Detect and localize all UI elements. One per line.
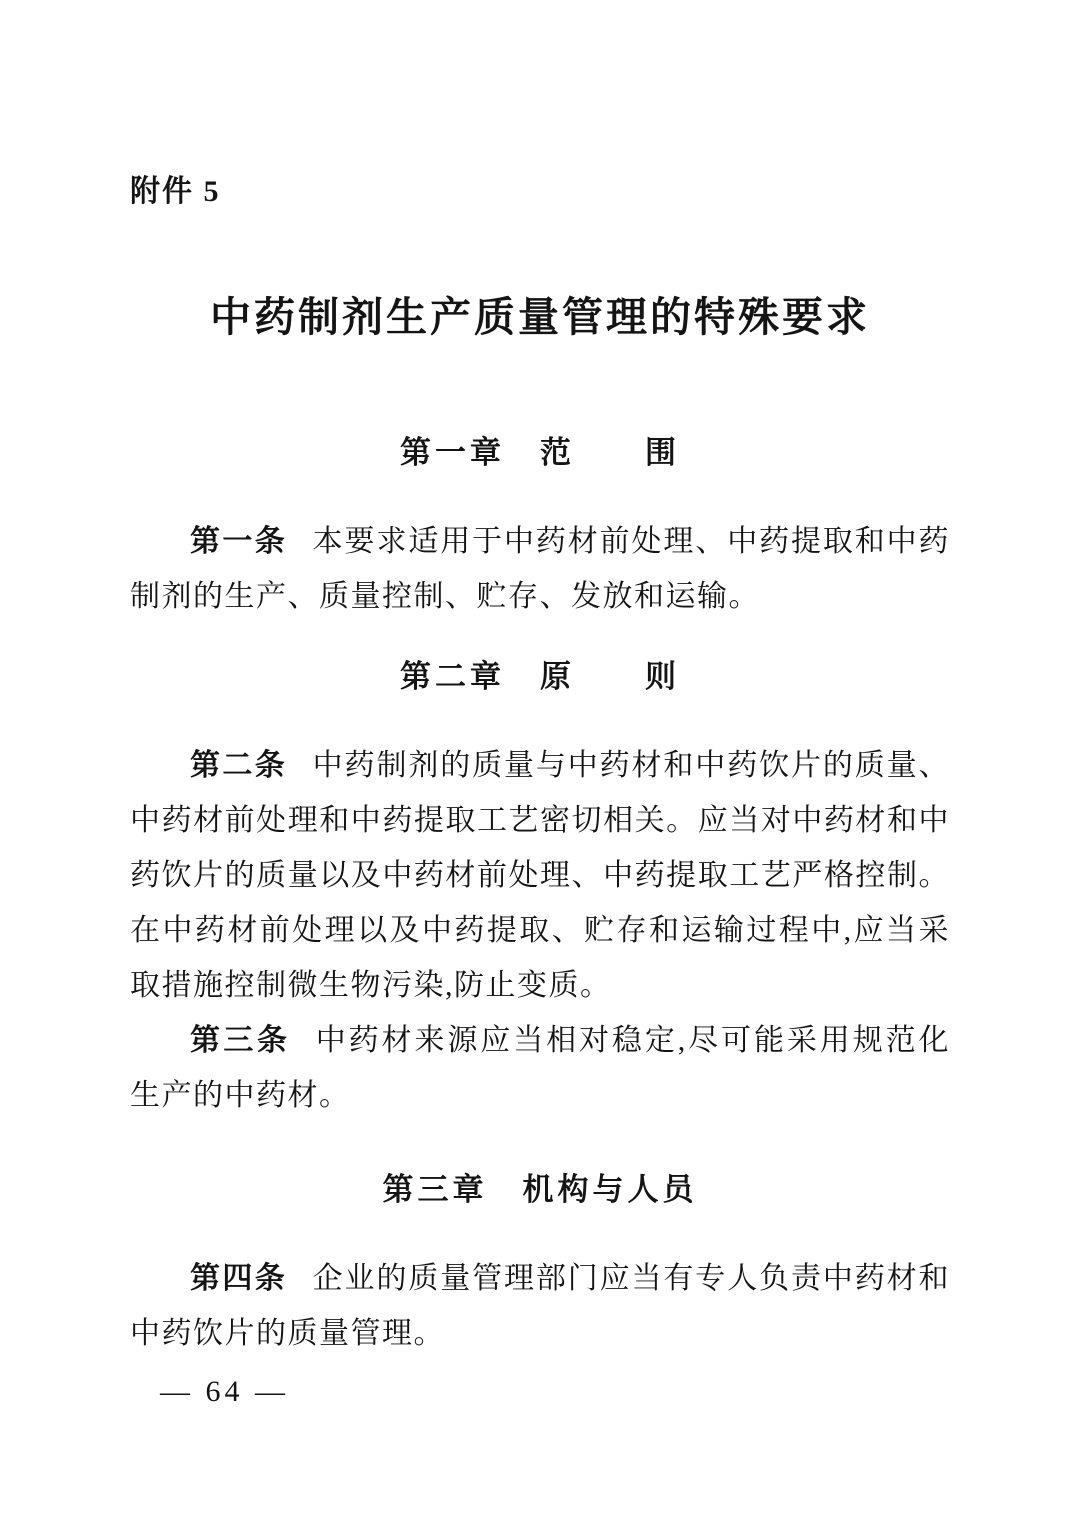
- article-paragraph-1: 第一条本要求适用于中药材前处理、中药提取和中药制剂的生产、质量控制、贮存、发放和…: [130, 514, 950, 624]
- chapter-heading-1: 第一章 范 围: [130, 432, 950, 474]
- article-label-3: 第三条: [190, 1024, 290, 1057]
- article-paragraph-3: 第三条中药材来源应当相对稳定,尽可能采用规范化生产的中药材。: [130, 1013, 950, 1123]
- article-paragraph-4: 第四条企业的质量管理部门应当有专人负责中药材和中药饮片的质量管理。: [130, 1251, 950, 1361]
- page-number: — 64 —: [160, 1372, 289, 1412]
- article-label-1: 第一条: [190, 525, 287, 558]
- chapter-heading-3: 第三章 机构与人员: [130, 1169, 950, 1211]
- article-text-2: 中药制剂的质量与中药材和中药饮片的质量、中药材前处理和中药提取工艺密切相关。应当…: [130, 749, 950, 1002]
- article-label-4: 第四条: [190, 1262, 287, 1295]
- article-paragraph-2: 第二条中药制剂的质量与中药材和中药饮片的质量、中药材前处理和中药提取工艺密切相关…: [130, 738, 950, 1013]
- document-content: 附件 5 中药制剂生产质量管理的特殊要求 第一章 范 围 第一条本要求适用于中药…: [0, 0, 1080, 1361]
- article-label-2: 第二条: [190, 749, 287, 782]
- document-title: 中药制剂生产质量管理的特殊要求: [130, 292, 950, 342]
- chapter-heading-2: 第二章 原 则: [130, 656, 950, 698]
- attachment-label: 附件 5: [130, 0, 950, 212]
- document-page: 附件 5 中药制剂生产质量管理的特殊要求 第一章 范 围 第一条本要求适用于中药…: [0, 0, 1080, 1527]
